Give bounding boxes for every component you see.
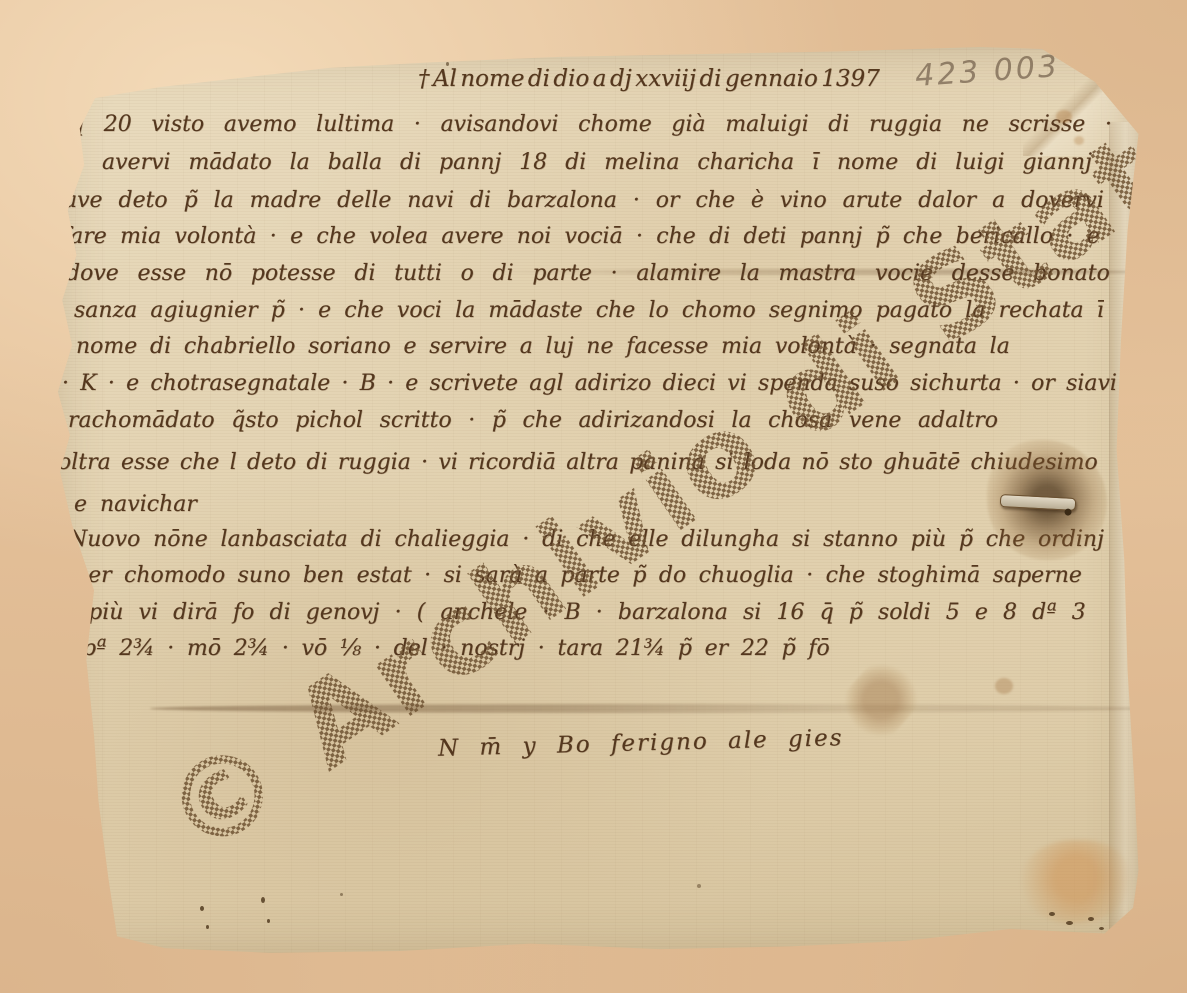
hand-word: · [806,561,813,591]
hand-word: bericallo [956,222,1053,252]
hand-word: ben [303,561,344,591]
hand-word: di [361,525,382,555]
hand-word: · [421,448,428,478]
hand-word: p̃ [782,634,796,664]
hand-word: · [542,598,549,628]
hand-word: dilungha [681,525,779,555]
hand-word: 1397 [821,64,880,94]
hand-word: 2¾ [234,634,269,664]
dateline: †Alnomedidioadjxxviijdigennaio1397 [418,64,880,94]
hand-word: ricordiā [468,448,556,478]
ink-speck [697,884,701,888]
hand-word: elle [628,525,668,555]
hand-word: p̃ [849,598,863,628]
ink-speck [1099,927,1104,930]
hand-word: vi [727,369,746,399]
hand-word: mastra [779,259,857,289]
manuscript-line-6: sanzaagiugnierp̃·echevocilamādastecheloc… [74,296,1104,326]
hand-word: altra [566,448,619,478]
hand-word: dovervi [1021,186,1104,216]
hand-word: vō [302,634,328,664]
hand-word: la [290,148,310,178]
hand-word: ( [417,598,426,628]
hand-word: che [316,222,356,252]
hand-word: pª [82,634,107,664]
hand-word: più [911,525,946,555]
hand-word: chosa [768,406,832,436]
hand-word: chalieggia [395,525,510,555]
hand-word: che [576,525,616,555]
hand-word: alamire [636,259,721,289]
hand-word: madre [250,186,322,216]
hand-word: vino [780,186,827,216]
hand-word: dio [553,64,589,94]
hand-word: desse [952,259,1015,289]
hand-word: che [826,561,866,591]
hand-word: nome [837,148,898,178]
hand-word: do [659,561,686,591]
hand-word: segnata [889,332,977,362]
manuscript-line-15: pª2¾·mō2¾·vō⅛·del·nostrj·tara21¾p̃er22p̃… [82,634,830,664]
hand-word: dove [66,259,119,289]
hand-word: · [538,634,545,664]
hand-word: charicha [697,148,794,178]
hand-word: q̃ [70,110,84,140]
ink-speck [206,925,209,929]
hand-word: a [520,332,533,362]
hand-word: estat [357,561,412,591]
hand-word: 3 [1072,598,1086,628]
hand-word: la [731,406,751,436]
hand-word: pichol [295,406,363,436]
hand-word: spenda [758,369,838,399]
hand-word: e [318,296,331,326]
hand-word: pagato [876,296,952,326]
hand-word: · [374,634,381,664]
hand-word: chomodo [124,561,225,591]
seal-cord [1000,494,1077,511]
hand-word: Nuovo [68,525,140,555]
manuscript-line-7: nomedichabriellosorianoeservirealujnefac… [76,332,1010,362]
hand-word: già [671,110,705,140]
hand-word: · [414,110,421,140]
hand-word: oltra [58,448,111,478]
hand-word: a [535,561,548,591]
hand-word: parte [532,259,592,289]
hand-word: chomo [682,296,756,326]
right-edge-fold [1109,122,1144,972]
hand-word: scrivete [430,369,518,399]
hand-word: si [715,448,733,478]
hand-word: fō [808,634,829,664]
hand-word: visto [151,110,204,140]
hand-word: · [387,369,394,399]
hand-word: a [992,186,1005,216]
hand-word: di [699,64,721,94]
manuscript-line-8: ·K·echotrasegnatale·B·escriveteagladiriz… [62,369,1117,399]
hand-word: esse [121,448,170,478]
hand-word: delle [337,186,391,216]
hand-word: e [60,598,73,628]
hand-word: pannj [439,148,501,178]
hand-word: di [565,148,586,178]
manuscript-line-3: avedetop̃lamadredellenavidibarzalona·orc… [64,186,1104,216]
hand-word: che [596,296,636,326]
hand-word: giannj [1023,148,1092,178]
manuscript-line-10: oltraessecheldetodiruggia·viricordiāaltr… [58,448,1098,478]
hand-word: del [394,634,428,664]
hand-word: · [1066,222,1073,252]
hand-word: scrisse [1009,110,1086,140]
hand-word: lo [648,296,668,326]
hand-word: · [167,634,174,664]
hand-word: B [565,598,581,628]
hand-word: di [270,598,291,628]
hand-word: dirā [173,598,218,628]
ink-speck [261,897,265,903]
hand-word: er [705,634,729,664]
hand-word: ruggia [338,448,411,478]
hand-word: suno [238,561,291,591]
hand-word: per [74,561,112,591]
hand-word: p̃ [632,561,646,591]
manuscript-line-11: e navichar [74,490,274,520]
hand-word: agl [529,369,563,399]
hand-word: lanbasciata [221,525,348,555]
hand-word: nostrj [460,634,525,664]
hand-word: · [611,259,618,289]
hand-word: sarà [474,561,522,591]
hand-word: p̃ [492,406,506,436]
hand-word: deti [744,222,787,252]
manuscript-line-9: rachomādatoq̃stopicholscritto·p̃cheadiri… [68,406,998,436]
hand-word: avere [441,222,503,252]
hand-word: di [709,222,730,252]
hand-word: barzalona [618,598,728,628]
hand-word: chiudesimo [971,448,1098,478]
hand-word: si [444,561,462,591]
hand-word: di [306,448,327,478]
hand-word: e [290,222,303,252]
hand-word: chotrasegnatale [150,369,330,399]
hand-word: agiugnier [150,296,257,326]
hand-word: q̃sto [231,406,278,436]
hand-word: ne [586,332,613,362]
manuscript-line-4: faremiavolontà·echevoleaaverenoivociā·ch… [62,222,1100,252]
hand-word: · [395,598,402,628]
hand-word: di [916,148,937,178]
hand-word: ⅛ [340,634,361,664]
hand-word: più [88,598,123,628]
hand-word: suso [849,369,899,399]
hand-word: nōne [153,525,208,555]
hand-word: avervi [102,148,171,178]
hand-word: · [62,369,69,399]
hand-word: or [1031,369,1055,399]
hand-word: servire [429,332,507,362]
hand-word: scritto [380,406,452,436]
hand-word: vi [438,448,457,478]
hand-word: volontà [174,222,256,252]
hand-word: è [751,186,764,216]
hand-word: · [870,332,877,362]
hand-word: 18 [519,148,547,178]
hand-word: deto [247,448,296,478]
hand-word: 2¾ [119,634,154,664]
hand-word: che [695,186,735,216]
hand-word: tutti [394,259,442,289]
hand-word: tara [558,634,604,664]
hand-word: soldi [878,598,931,628]
hand-word: nome [460,64,524,94]
hand-word: navi [407,186,454,216]
hand-word: or [656,186,680,216]
stain-small [995,678,1013,694]
hand-word: esse [137,259,186,289]
hand-word: potesse [251,259,336,289]
hand-word: vene [849,406,902,436]
hand-word: sanza [74,296,137,326]
hand-word: la [214,186,234,216]
hand-word: · [633,186,640,216]
hand-word: ne [962,110,989,140]
photo-mat: †Alnomedidioadjxxviijdigennaio1397 423 0… [0,0,1187,993]
hand-word: che [656,222,696,252]
hand-word: volea [369,222,428,252]
hand-word: arute [843,186,903,216]
hand-word: loda [744,448,791,478]
hand-word: dalor [918,186,976,216]
hand-word: dª [1032,598,1057,628]
hand-word: stanno [823,525,898,555]
hand-word: · [636,222,643,252]
hand-word: barzalona [507,186,617,216]
signature-line: N m̄ y Bo ferigno ale gies [438,724,799,763]
hand-word: che [180,448,220,478]
hand-word: ghuātē [883,448,960,478]
hand-word: di [828,110,849,140]
hand-word: · [424,561,431,591]
hand-word: dieci [663,369,717,399]
hand-word: · [596,598,603,628]
hand-word: si [792,525,810,555]
hand-word: p̃ [184,186,198,216]
hand-word: la [990,332,1010,362]
hand-word: stoghimā [878,561,981,591]
hand-word: vi [139,598,158,628]
hand-word: nome [76,332,137,362]
manuscript-line-13: perchomodosunobenestat·sisaràapartep̃doc… [74,561,1082,591]
hand-word: vocie [875,259,933,289]
hand-word: · [468,406,475,436]
hand-word: ave [64,186,103,216]
hand-word: mādato [188,148,271,178]
hand-word: xxviij [635,64,696,94]
hand-word: mādaste [488,296,582,326]
hand-word: la [965,296,985,326]
hand-word: adaltro [918,406,998,436]
hand-word: e [975,598,988,628]
hand-word: avisandovi [441,110,559,140]
manuscript-line-2: avervimādatolaballadipannj18dimelinachar… [102,148,1092,178]
manuscript-line-12: Nuovonōnelanbasciatadichalieggia·dicheel… [68,525,1104,555]
hand-word: voci [397,296,442,326]
hand-word: genovj [306,598,380,628]
hand-word: noi [517,222,551,252]
hand-word: rachomādato [68,406,215,436]
hand-word: saperne [993,561,1082,591]
hand-word: B [360,369,376,399]
hand-word: mia [721,332,762,362]
hand-word: e [126,369,139,399]
hand-word: chabriello [184,332,296,362]
manuscript-paper: †Alnomedidioadjxxviijdigennaio1397 423 0… [48,44,1144,962]
hand-word: p̃ [678,634,692,664]
hand-word: sto [839,448,872,478]
manuscript-line-1: q̃20vistoavemolultima·avisandovichomegià… [70,110,1112,140]
hand-word: mia [120,222,161,252]
fold-crease-main [150,704,1150,713]
hand-word: di [528,64,550,94]
hand-word: melina [604,148,679,178]
hand-word: fare [62,222,107,252]
hand-word: di [470,186,491,216]
hand-word: o [461,259,474,289]
hand-word: 5 [946,598,960,628]
hand-word: p̃ [959,525,973,555]
stain-diamond [832,651,929,749]
hand-word: pannj [800,222,862,252]
hand-word: che [522,406,562,436]
hand-word: parte [560,561,620,591]
hand-word: deto [118,186,167,216]
hand-word: sichurta [910,369,1001,399]
hand-word: e [403,332,416,362]
hand-word: volontà [775,332,857,362]
manuscript-line-14: epiùvidirāfodigenovj·(anchele·B·barzalon… [60,598,1086,628]
hand-word: 16 [776,598,804,628]
hand-word: Al [433,64,457,94]
hand-word: ruggia [869,110,942,140]
hand-word: luigi [955,148,1004,178]
hand-word: bonato [1033,259,1110,289]
hand-word: di [354,259,375,289]
hand-word: soriano [308,332,391,362]
hand-word: · [282,634,289,664]
hand-word: a [593,64,607,94]
hand-word: q̄ [820,598,834,628]
ink-speck [446,62,449,66]
ink-speck [267,919,270,923]
hand-word: ordinj [1038,525,1104,555]
hand-word: 20 [104,110,132,140]
hand-word: mō [187,634,221,664]
hand-word: luj [546,332,574,362]
hand-word: di [150,332,171,362]
hand-word: di [400,148,421,178]
ink-speck [340,893,343,896]
hand-word: rechata [999,296,1084,326]
hand-word: † [418,64,430,94]
hand-word: chome [578,110,652,140]
hand-word: balla [328,148,382,178]
hand-word: adirizo [575,369,652,399]
hand-word: panina [629,448,705,478]
hand-word: ī [1097,296,1104,326]
hand-word: che [903,222,943,252]
hand-word: di [493,259,514,289]
hand-word: · [341,369,348,399]
hand-word: · [1105,110,1112,140]
hand-word: che [986,525,1026,555]
hand-word: lultima [316,110,394,140]
ink-speck [1088,917,1094,921]
hand-word: la [740,259,760,289]
hand-word: gennaio [725,64,818,94]
hand-word: chuoglia [699,561,794,591]
ink-speck [200,906,204,911]
hand-word: dj [610,64,632,94]
hand-word: · [270,222,277,252]
manuscript-line-5: doveessenōpotessedituttiodiparte·alamire… [66,259,1110,289]
hand-word: anchele [440,598,527,628]
hand-word: · [441,634,448,664]
hand-word: · [522,525,529,555]
hand-word: avemo [224,110,297,140]
hand-word: e [1087,222,1100,252]
hand-word: 21¾ [616,634,665,664]
hand-word: p̃ [271,296,285,326]
hand-word: ī [812,148,819,178]
hand-word: · [298,296,305,326]
hand-word: segnimo [769,296,863,326]
hand-word: adirizandosi [579,406,715,436]
hand-word: · [1013,369,1020,399]
hand-word: 22 [741,634,769,664]
hand-word: siavi [1066,369,1117,399]
hand-word: vociā [565,222,623,252]
hand-word: facesse [626,332,708,362]
hand-word: maluigi [725,110,808,140]
hand-word: 8 [1003,598,1017,628]
hand-word: fo [233,598,254,628]
hand-word: di [542,525,563,555]
hand-word: nō [802,448,829,478]
hand-word: nō [205,259,232,289]
hand-word: e [405,369,418,399]
hand-word: la [455,296,475,326]
hand-word: p̃ [875,222,889,252]
hand-word: l [230,448,237,478]
hand-word: che [344,296,384,326]
hand-word: K [80,369,96,399]
ink-speck [1049,912,1055,916]
hand-word: · [108,369,115,399]
hand-word: si [743,598,761,628]
ink-speck [691,48,694,51]
ink-speck [1066,921,1073,925]
